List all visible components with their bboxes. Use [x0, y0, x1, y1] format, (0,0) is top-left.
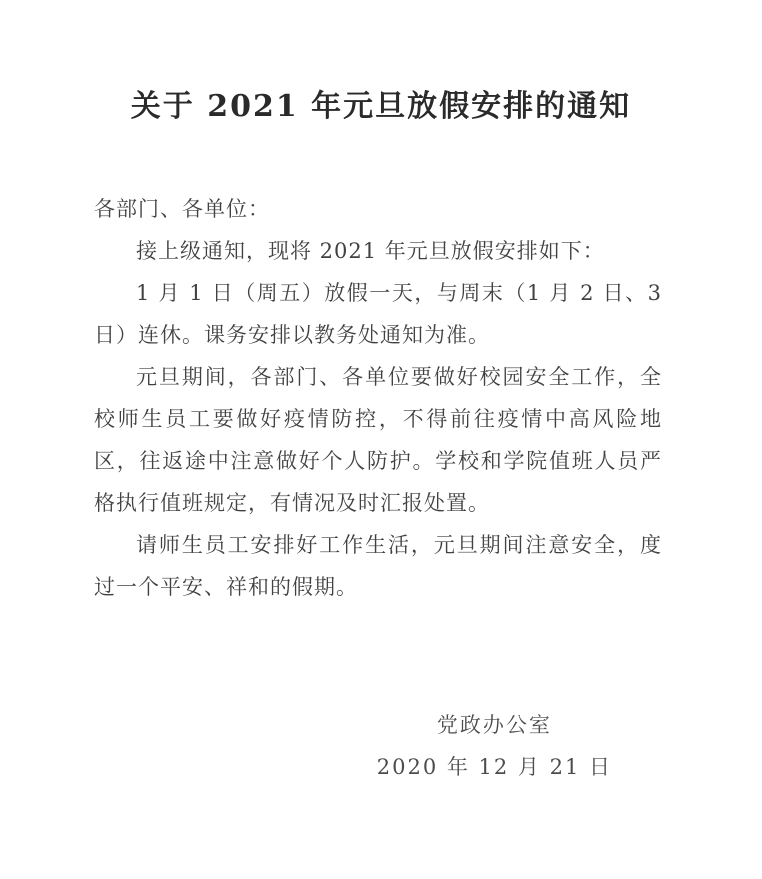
- signature-block: 党政办公室 2020 年 12 月 21 日: [377, 704, 612, 788]
- salutation-line: 各部门、各单位：: [94, 188, 662, 230]
- document-page: 关于 2021 年元旦放假安排的通知 各部门、各单位： 接上级通知，现将 202…: [0, 0, 762, 879]
- document-title: 关于 2021 年元旦放假安排的通知: [0, 0, 762, 126]
- paragraph-holiday-schedule: 1 月 1 日（周五）放假一天，与周末（1 月 2 日、3 日）连休。课务安排以…: [94, 272, 662, 356]
- paragraph-closing-wishes: 请师生员工安排好工作生活，元旦期间注意安全，度过一个平安、祥和的假期。: [94, 524, 662, 608]
- paragraph-safety-requirements: 元旦期间，各部门、各单位要做好校园安全工作，全校师生员工要做好疫情防控，不得前往…: [94, 356, 662, 524]
- document-body: 各部门、各单位： 接上级通知，现将 2021 年元旦放假安排如下： 1 月 1 …: [94, 188, 662, 608]
- paragraph-intro: 接上级通知，现将 2021 年元旦放假安排如下：: [94, 230, 662, 272]
- signature-office: 党政办公室: [437, 704, 552, 746]
- signature-date: 2020 年 12 月 21 日: [377, 746, 612, 788]
